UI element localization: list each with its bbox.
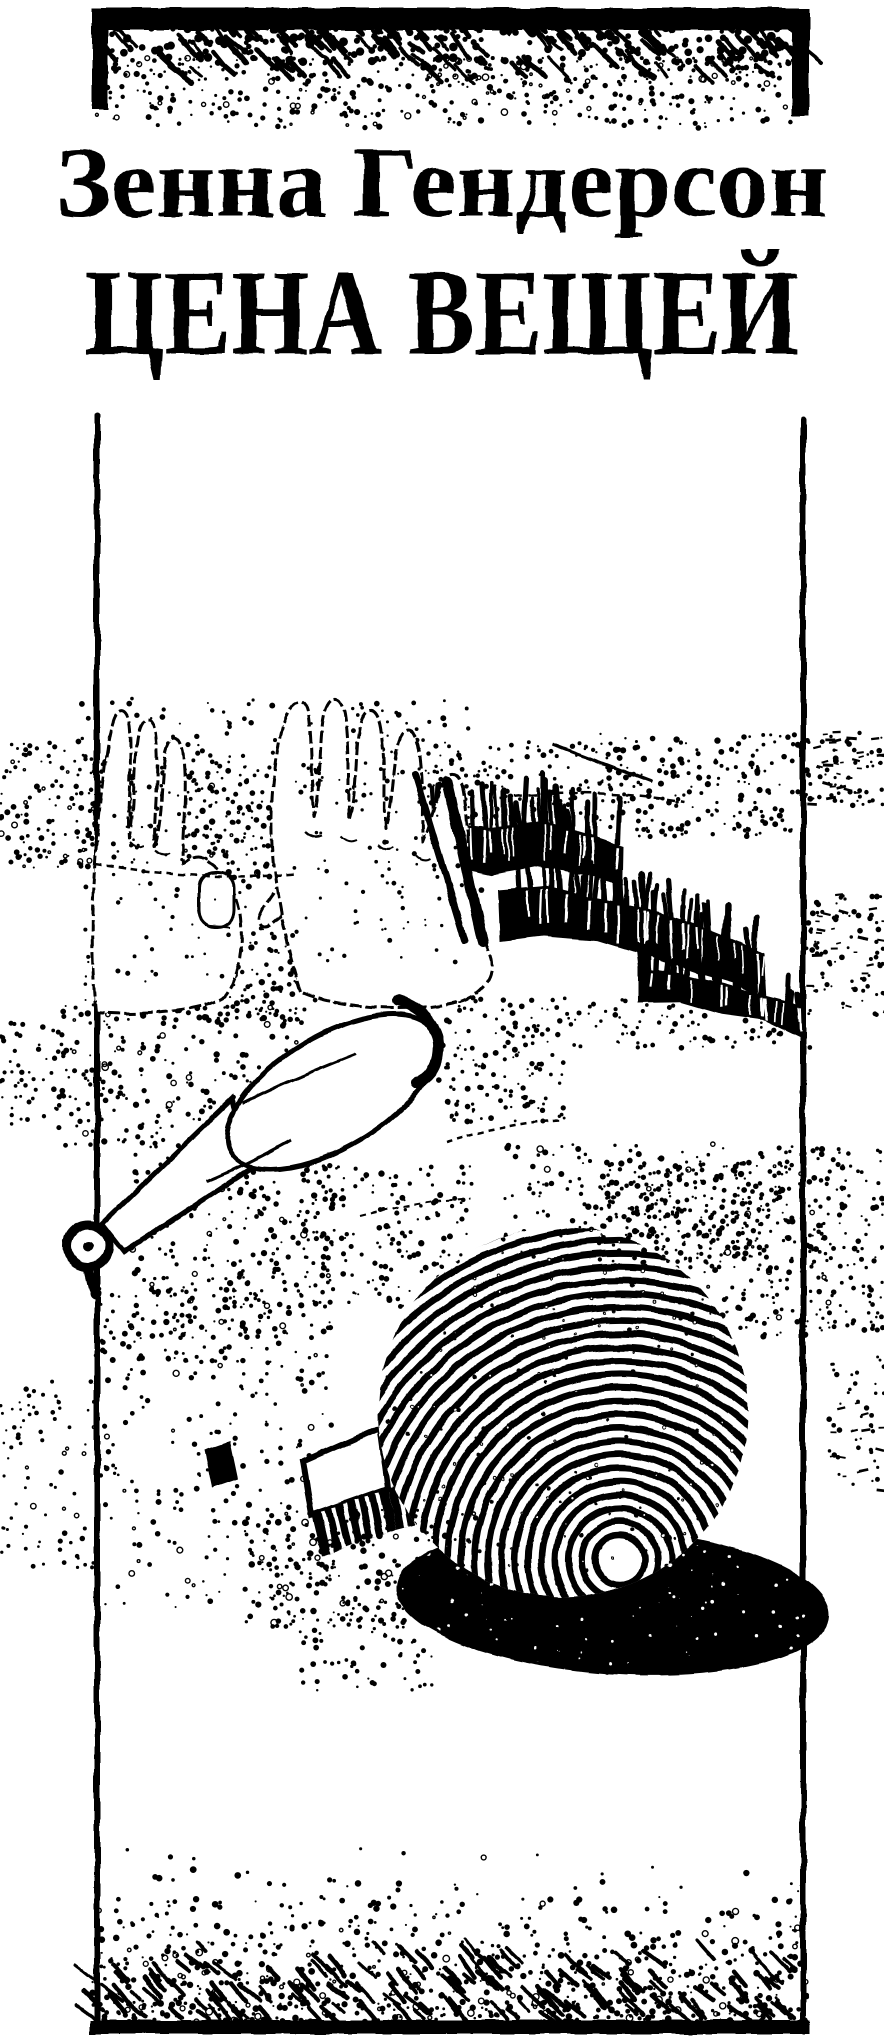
author-name: Зенна Гендерсон	[56, 126, 828, 238]
thumb-nail	[199, 872, 234, 927]
title-page-art: Зенна Гендерсон ЦЕНА ВЕЩЕЙ	[0, 0, 884, 2040]
book-page: Зенна Гендерсон ЦЕНА ВЕЩЕЙ	[0, 0, 884, 2040]
line-art: Зенна Гендерсон ЦЕНА ВЕЩЕЙ	[56, 8, 884, 2034]
frame-lines	[97, 415, 803, 2030]
book-title: ЦЕНА ВЕЩЕЙ	[85, 244, 799, 381]
left-hand	[92, 711, 241, 1014]
raised-hands	[92, 699, 491, 1014]
striped-sphere	[273, 1213, 884, 1906]
